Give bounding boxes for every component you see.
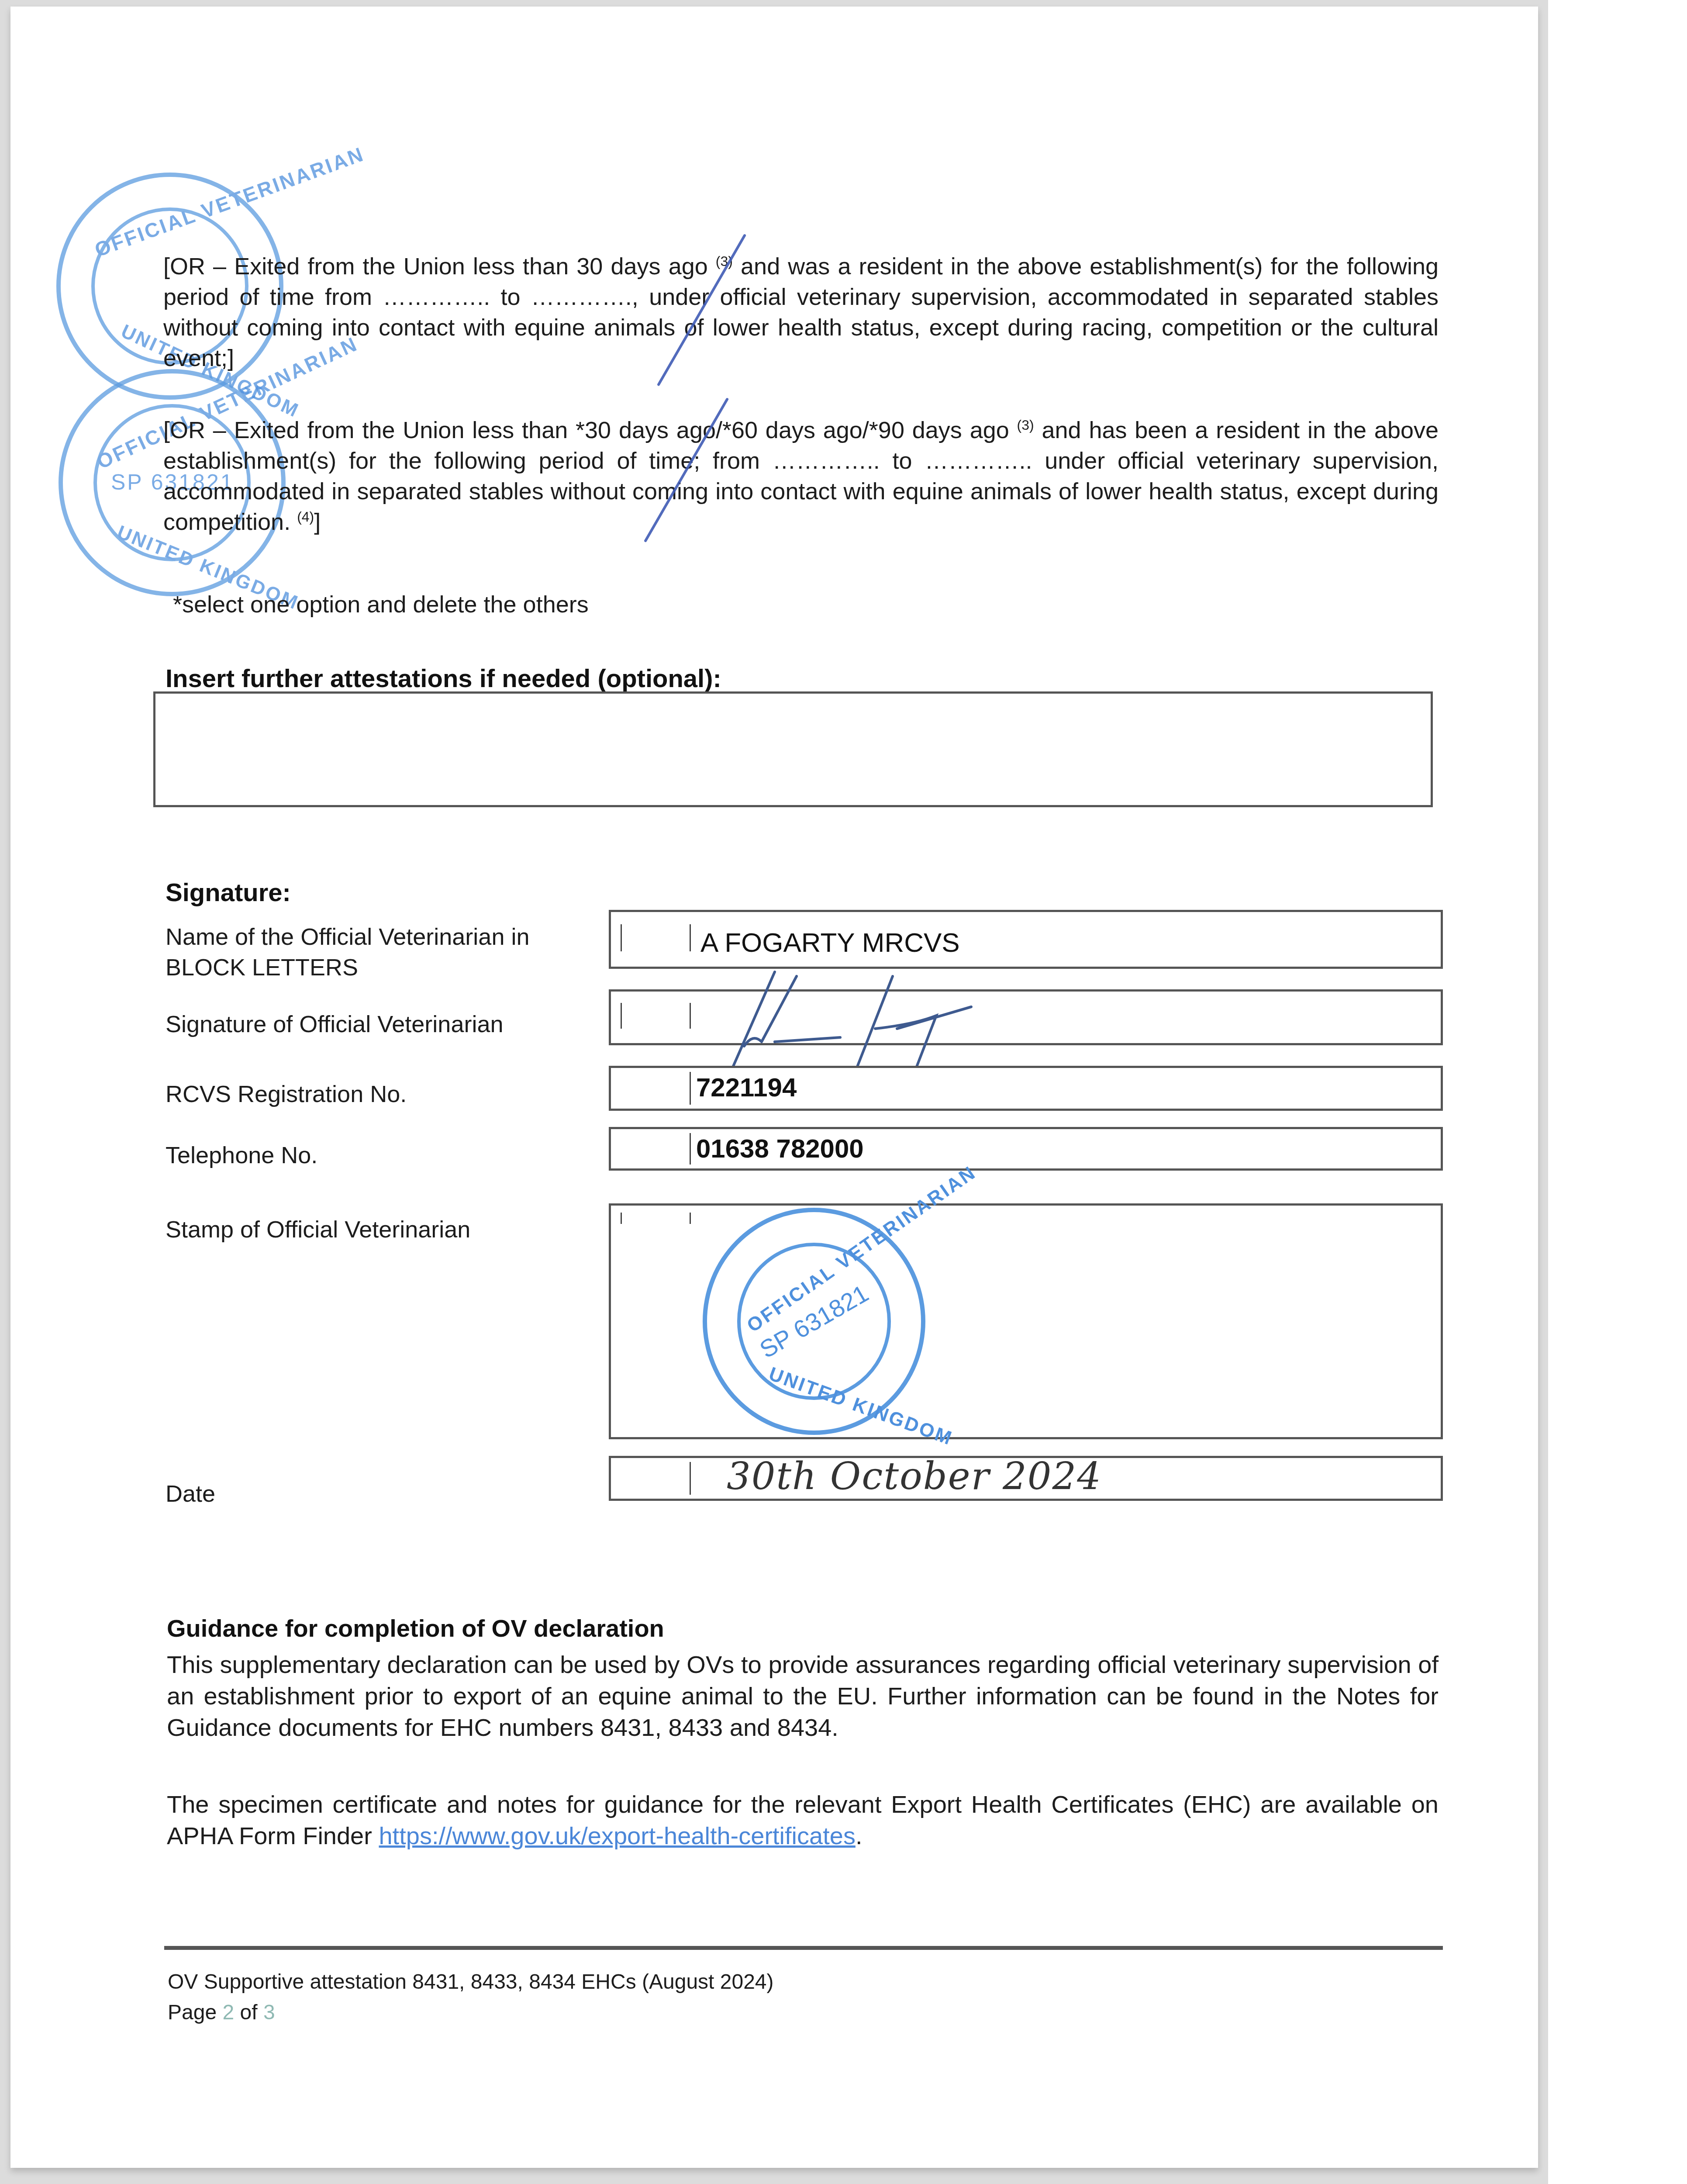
option-1-text: [OR – Exited from the Union less than 30… [163,253,716,280]
field-divider [621,924,622,952]
field-divider [690,924,691,952]
field-divider [621,1213,622,1224]
field-divider [690,1133,691,1165]
field-divider [690,1003,691,1029]
current-page: 2 [222,2001,234,2024]
name-value: A FOGARTY MRCVS [700,927,960,958]
export-health-certificates-link[interactable]: https://www.gov.uk/export-health-certifi… [379,1822,855,1849]
of-label: of [240,2001,258,2024]
name-label: Name of the Official Veterinarian in BLO… [166,922,559,983]
date-label: Date [166,1479,215,1509]
field-divider [690,1213,691,1224]
total-pages: 3 [263,2001,275,2024]
telephone-label: Telephone No. [166,1140,317,1171]
attestation-option-1: [OR – Exited from the Union less than 30… [163,251,1439,373]
attestation-option-2: [OR – Exited from the Union less than *3… [163,415,1439,537]
period: . [856,1822,862,1849]
signature-label: Signature of Official Veterinarian [166,1009,503,1040]
page-label: Page [168,2001,217,2024]
further-attestations-field[interactable] [153,691,1433,807]
select-option-note: *select one option and delete the others [173,591,589,618]
footnote-ref: (3) [1017,417,1034,433]
option-2-text: [OR – Exited from the Union less than *3… [163,417,1017,443]
footer-title: OV Supportive attestation 8431, 8433, 84… [168,1970,774,1994]
footer-divider [164,1946,1443,1950]
telephone-value: 01638 782000 [696,1133,864,1164]
further-attestations-heading: Insert further attestations if needed (o… [166,664,721,693]
guidance-heading: Guidance for completion of OV declaratio… [167,1614,664,1642]
field-divider [621,1003,622,1029]
signature-heading: Signature: [166,878,291,907]
rcvs-label: RCVS Registration No. [166,1079,407,1109]
field-divider [690,1072,691,1104]
stamp-label: Stamp of Official Veterinarian [166,1214,470,1245]
field-divider [690,1462,691,1494]
document-page: OFFICIAL VETERINARIAN UNITED KINGDOM OFF… [10,7,1538,2168]
guidance-paragraph-2: The specimen certificate and notes for g… [167,1789,1439,1852]
closing-bracket: ] [314,509,321,535]
rcvs-value: 7221194 [696,1072,797,1102]
footnote-ref: (4) [297,509,314,525]
guidance-paragraph-1: This supplementary declaration can be us… [167,1649,1439,1743]
date-value: 30th October 2024 [727,1455,1102,1498]
official-stamp: OFFICIAL VETERINARIAN UNITED KINGDOM SP … [703,1208,925,1435]
page-number: Page 2 of 3 [168,2001,275,2025]
